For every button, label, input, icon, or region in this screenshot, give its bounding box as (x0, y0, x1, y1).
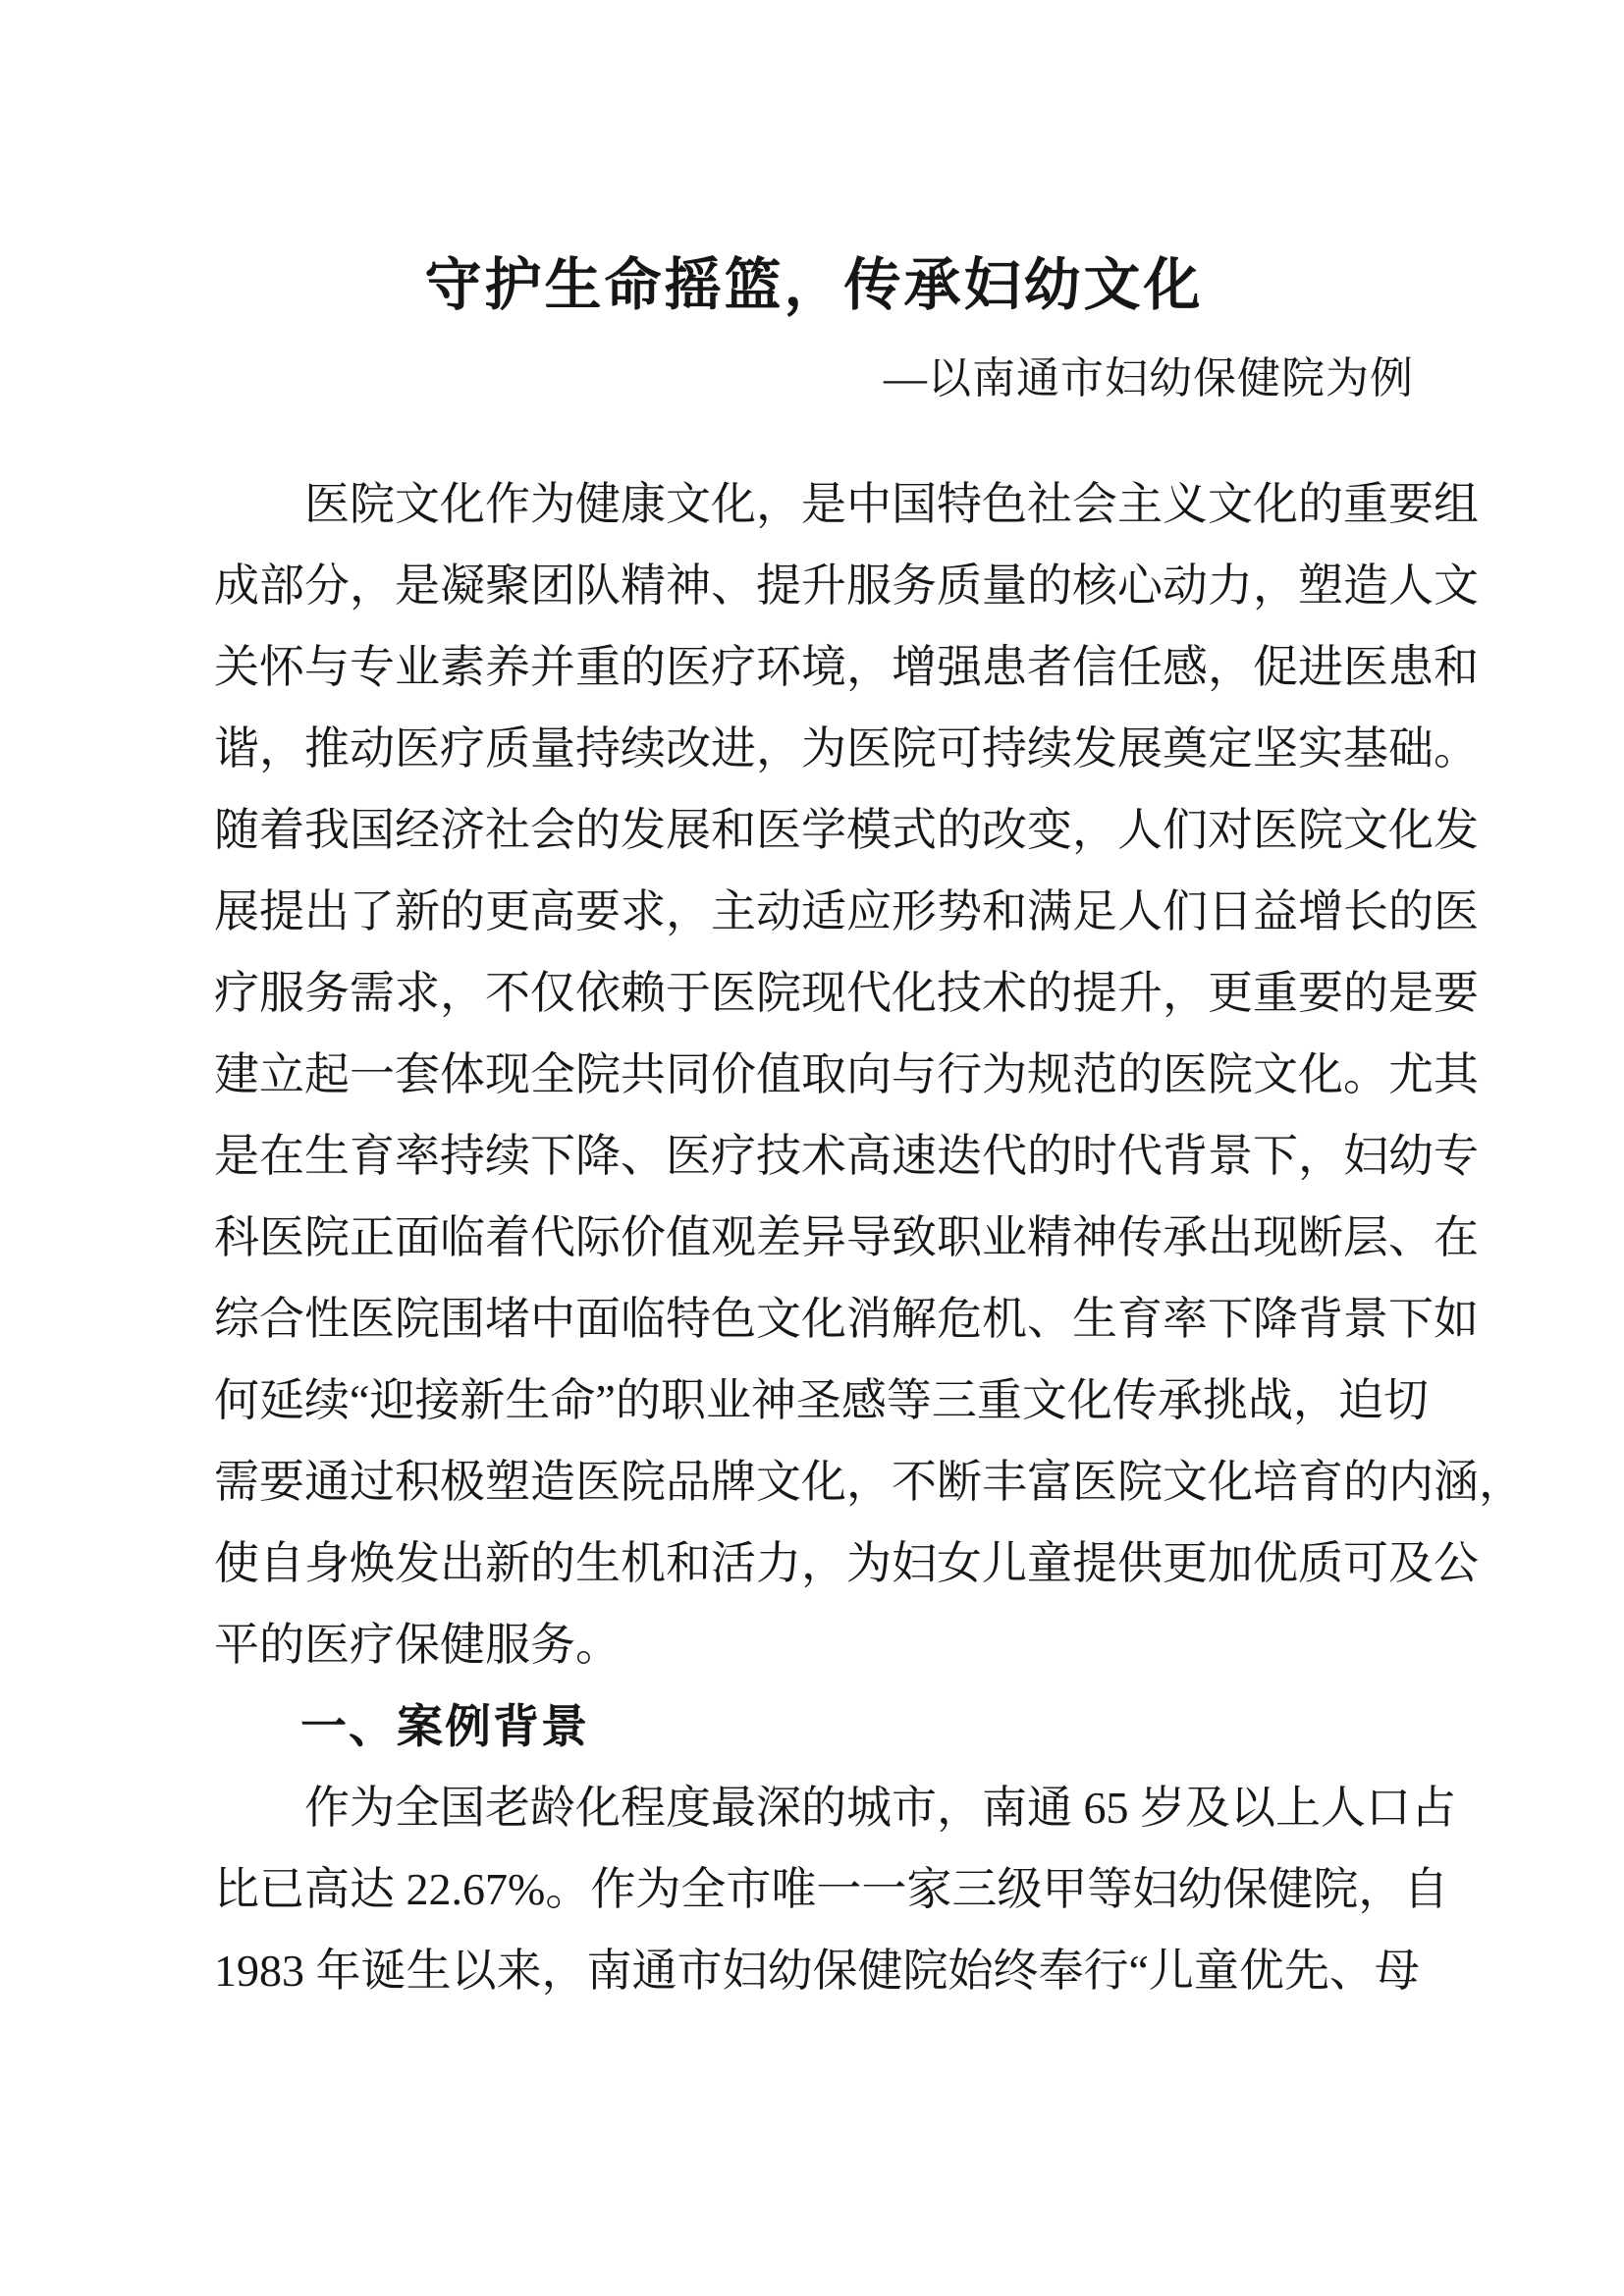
text-line: 平的医疗保健服务。 (214, 1604, 1414, 1685)
text-line: 谐，推动医疗质量持续改进，为医院可持续发展奠定坚实基础。 (214, 708, 1414, 789)
section-heading-case-background: 一、案例背景 (214, 1685, 1414, 1767)
document-subtitle: —以南通市妇幼保健院为例 (214, 344, 1414, 414)
text-line: 1983 年诞生以来，南通市妇幼保健院始终奉行“儿童优先、母 (214, 1930, 1414, 2011)
text-line: 综合性医院围堵中面临特色文化消解危机、生育率下降背景下如 (214, 1278, 1414, 1360)
document-page: 守护生命摇篮，传承妇幼文化 —以南通市妇幼保健院为例 医院文化作为健康文化，是中… (0, 0, 1624, 2296)
text-line: 成部分，是凝聚团队精神、提升服务质量的核心动力，塑造人文 (214, 545, 1414, 626)
body-paragraph-1: 医院文化作为健康文化，是中国特色社会主义文化的重要组成部分，是凝聚团队精神、提升… (214, 463, 1414, 1685)
text-line: 医院文化作为健康文化，是中国特色社会主义文化的重要组 (214, 463, 1414, 545)
document-title: 守护生命摇篮，传承妇幼文化 (214, 241, 1414, 330)
text-line: 是在生育率持续下降、医疗技术高速迭代的时代背景下，妇幼专 (214, 1115, 1414, 1197)
text-line: 何延续“迎接新生命”的职业神圣感等三重文化传承挑战，迫切 (214, 1360, 1414, 1441)
text-line: 科医院正面临着代际价值观差异导致职业精神传承出现断层、在 (214, 1197, 1414, 1278)
text-line: 展提出了新的更高要求，主动适应形势和满足人们日益增长的医 (214, 871, 1414, 952)
text-line: 需要通过积极塑造医院品牌文化，不断丰富医院文化培育的内涵， (214, 1441, 1414, 1522)
text-line: 使自身焕发出新的生机和活力，为妇女儿童提供更加优质可及公 (214, 1522, 1414, 1604)
text-line: 随着我国经济社会的发展和医学模式的改变，人们对医院文化发 (214, 789, 1414, 871)
text-line: 比已高达 22.67%。作为全市唯一一家三级甲等妇幼保健院，自 (214, 1848, 1414, 1930)
text-line: 作为全国老龄化程度最深的城市，南通 65 岁及以上人口占 (214, 1767, 1414, 1848)
text-line: 疗服务需求，不仅依赖于医院现代化技术的提升，更重要的是要 (214, 952, 1414, 1034)
body-paragraph-2: 作为全国老龄化程度最深的城市，南通 65 岁及以上人口占比已高达 22.67%。… (214, 1767, 1414, 2011)
text-line: 建立起一套体现全院共同价值取向与行为规范的医院文化。尤其 (214, 1034, 1414, 1115)
text-line: 关怀与专业素养并重的医疗环境，增强患者信任感，促进医患和 (214, 626, 1414, 708)
